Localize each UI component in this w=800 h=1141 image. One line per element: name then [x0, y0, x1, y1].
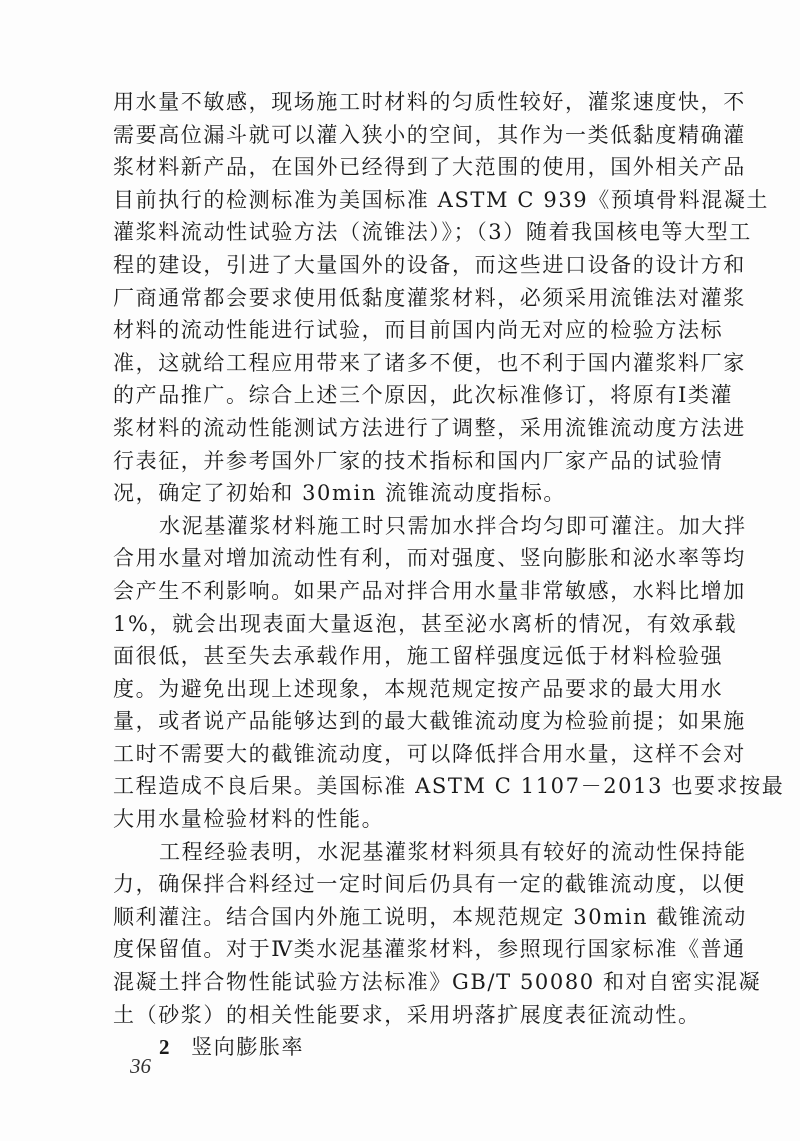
text-line: 混凝土拌合物性能试验方法标准》GB/T 50080 和对自密实混凝	[113, 966, 705, 999]
text-line: 1%，就会出现表面大量返泡，甚至泌水离析的情况，有效承载	[113, 608, 705, 641]
text-line: 的产品推广。综合上述三个原因，此次标准修订，将原有Ⅰ类灌	[113, 379, 705, 412]
text-line: 工时不需要大的截锥流动度，可以降低拌合用水量，这样不会对	[113, 738, 705, 771]
text-line: 需要高位漏斗就可以灌入狭小的空间，其作为一类低黏度精确灌	[113, 119, 705, 152]
text-line: 大用水量检验材料的性能。	[113, 803, 705, 836]
paragraph-2: 水泥基灌浆材料施工时只需加水拌合均匀即可灌注。加大拌 合用水量对增加流动性有利，…	[113, 510, 705, 836]
text-line: 用水量不敏感，现场施工时材料的匀质性较好，灌浆速度快，不	[113, 86, 705, 119]
text-line: 顺利灌注。结合国内外施工说明，本规范规定 30min 截锥流动	[113, 901, 705, 934]
text-line: 程的建设，引进了大量国外的设备，而这些进口设备的设计方和	[113, 249, 705, 282]
section-heading: 2竖向膨胀率	[113, 1031, 705, 1064]
text-line: 浆材料的流动性能测试方法进行了调整，采用流锥流动度方法进	[113, 412, 705, 445]
text-line: 灌浆料流动性试验方法（流锥法）》；（3）随着我国核电等大型工	[113, 216, 705, 249]
text-line: 准，这就给工程应用带来了诸多不便，也不利于国内灌浆料厂家	[113, 347, 705, 380]
text-line: 合用水量对增加流动性有利，而对强度、竖向膨胀和泌水率等均	[113, 542, 705, 575]
section-title: 竖向膨胀率	[191, 1035, 304, 1059]
text-line: 工程经验表明，水泥基灌浆材料须具有较好的流动性保持能	[113, 836, 705, 869]
text-line: 目前执行的检测标准为美国标准 ASTM C 939《预填骨料混凝土	[113, 184, 705, 217]
section-number: 2	[159, 1035, 171, 1059]
text-line: 水泥基灌浆材料施工时只需加水拌合均匀即可灌注。加大拌	[113, 510, 705, 543]
text-line: 厂商通常都会要求使用低黏度灌浆材料，必须采用流锥法对灌浆	[113, 282, 705, 315]
text-line: 会产生不利影响。如果产品对拌合用水量非常敏感，水料比增加	[113, 575, 705, 608]
paragraph-1: 用水量不敏感，现场施工时材料的匀质性较好，灌浆速度快，不 需要高位漏斗就可以灌入…	[113, 86, 705, 510]
text-line: 材料的流动性能进行试验，而目前国内尚无对应的检验方法标	[113, 314, 705, 347]
text-line: 土（砂浆）的相关性能要求，采用坍落扩展度表征流动性。	[113, 999, 705, 1032]
text-line: 行表征，并参考国外厂家的技术指标和国内厂家产品的试验情	[113, 445, 705, 478]
text-line: 量，或者说产品能够达到的最大截锥流动度为检验前提；如果施	[113, 705, 705, 738]
text-line: 况，确定了初始和 30min 流锥流动度指标。	[113, 477, 705, 510]
text-line: 浆材料新产品，在国外已经得到了大范围的使用，国外相关产品	[113, 151, 705, 184]
paragraph-3: 工程经验表明，水泥基灌浆材料须具有较好的流动性保持能 力，确保拌合料经过一定时间…	[113, 836, 705, 1032]
text-line: 度保留值。对于Ⅳ类水泥基灌浆材料，参照现行国家标准《普通	[113, 933, 705, 966]
text-line: 工程造成不良后果。美国标准 ASTM C 1107－2013 也要求按最	[113, 770, 705, 803]
page-number: 36	[130, 1054, 151, 1079]
body-text: 用水量不敏感，现场施工时材料的匀质性较好，灌浆速度快，不 需要高位漏斗就可以灌入…	[113, 86, 705, 1064]
document-page: 用水量不敏感，现场施工时材料的匀质性较好，灌浆速度快，不 需要高位漏斗就可以灌入…	[0, 0, 800, 1141]
text-line: 度。为避免出现上述现象，本规范规定按产品要求的最大用水	[113, 673, 705, 706]
text-line: 面很低，甚至失去承载作用，施工留样强度远低于材料检验强	[113, 640, 705, 673]
text-line: 力，确保拌合料经过一定时间后仍具有一定的截锥流动度，以便	[113, 868, 705, 901]
